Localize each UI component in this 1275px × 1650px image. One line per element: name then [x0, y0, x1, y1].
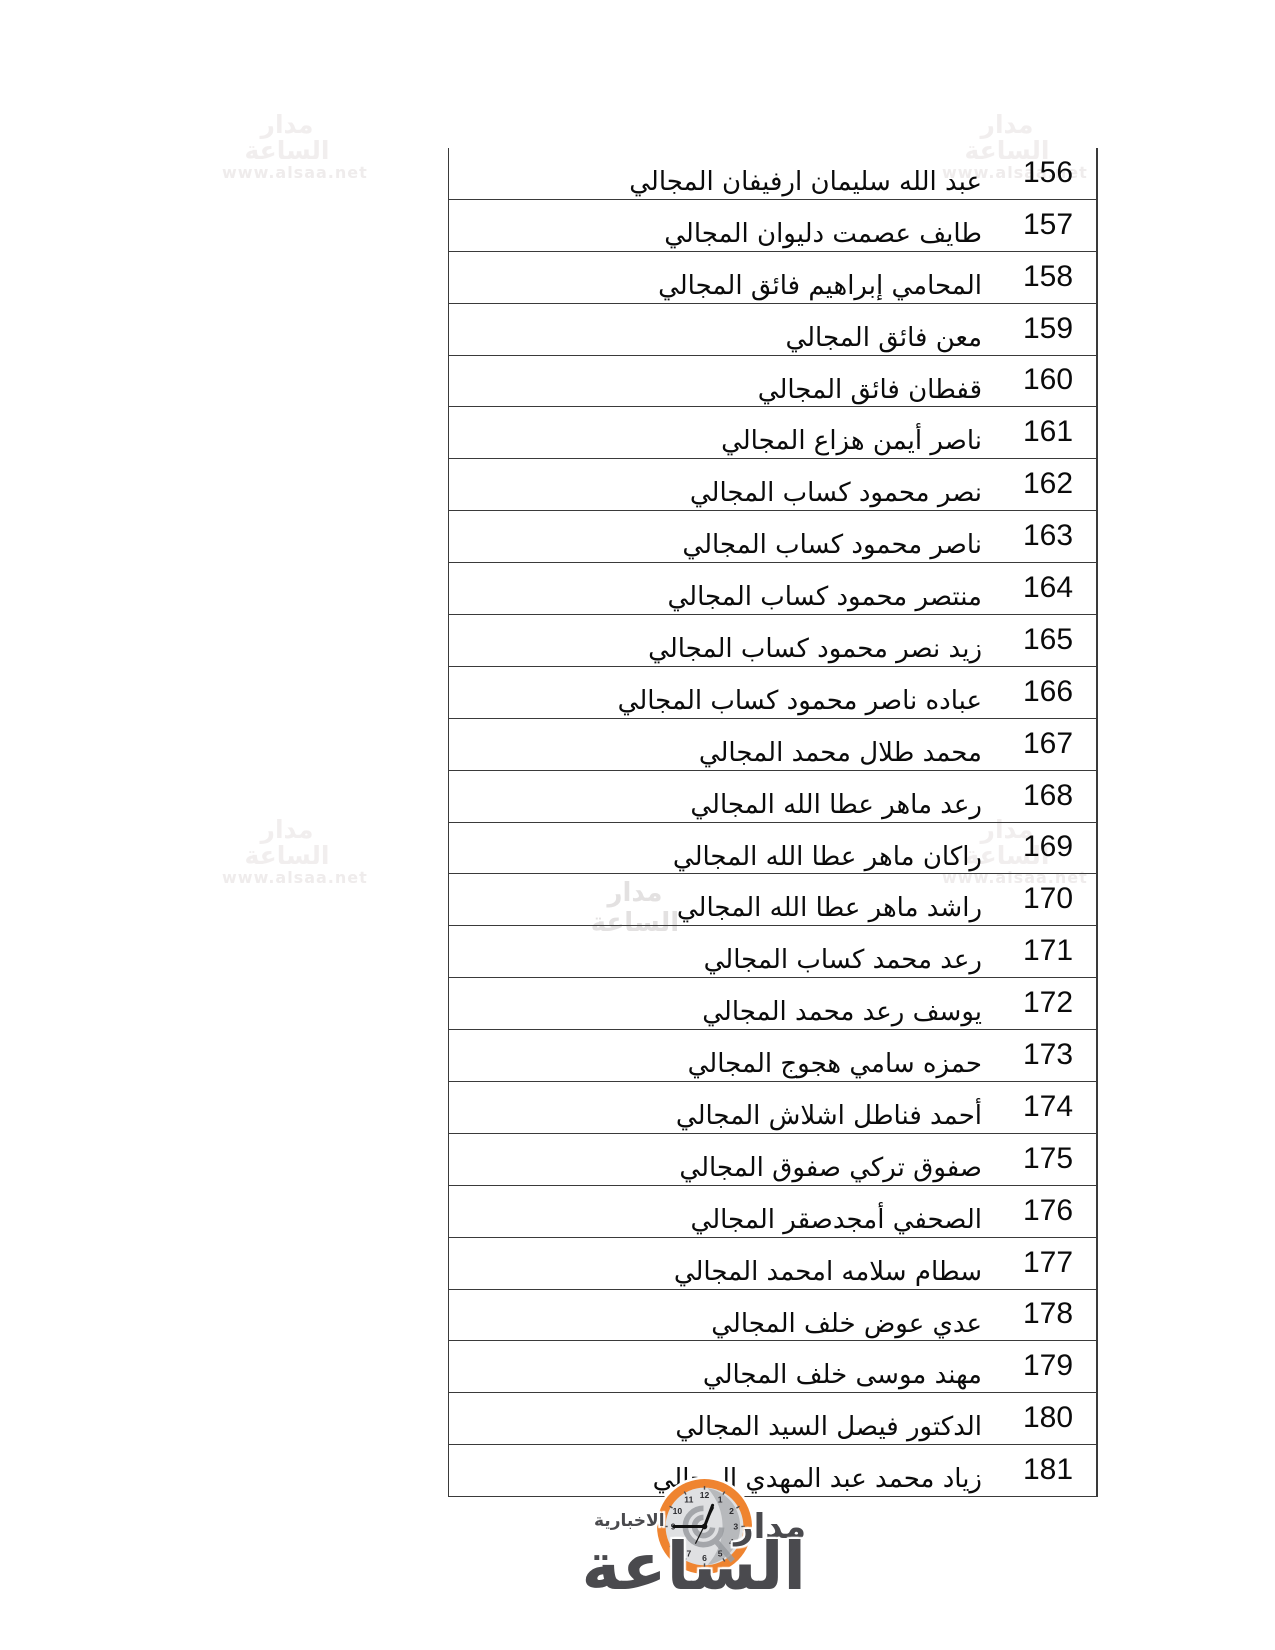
row-number-cell: 158 — [1000, 252, 1097, 303]
row-name-cell: رعد محمد كساب المجالي — [449, 926, 1000, 977]
row-name-cell: قفطان فائق المجالي — [449, 356, 1000, 407]
table-row: 161 ناصر أيمن هزاع المجالي — [449, 407, 1097, 459]
row-name-cell: نصر محمود كساب المجالي — [449, 459, 1000, 510]
watermark-brand-text: مدار الساعة — [222, 817, 352, 870]
row-name-cell: سطام سلامه امحمد المجالي — [449, 1238, 1000, 1289]
row-number-cell: 174 — [1000, 1082, 1097, 1133]
row-name-cell: عبد الله سليمان ارفيفان المجالي — [449, 148, 1000, 199]
table-row: 166 عباده ناصر محمود كساب المجالي — [449, 667, 1097, 719]
logo-tagline: الاخبارية — [594, 1513, 665, 1530]
row-name-cell: مهند موسى خلف المجالي — [449, 1341, 1000, 1392]
table-row: 160 قفطان فائق المجالي — [449, 356, 1097, 408]
row-number-cell: 179 — [1000, 1341, 1097, 1392]
watermark-top-left: مدار الساعة www.alsaa.net — [222, 112, 352, 181]
row-name-cell: صفوق تركي صفوق المجالي — [449, 1134, 1000, 1185]
row-name-cell: يوسف رعد محمد المجالي — [449, 978, 1000, 1029]
table-row: 162 نصر محمود كساب المجالي — [449, 459, 1097, 511]
row-name-cell: حمزه سامي هجوج المجالي — [449, 1030, 1000, 1081]
table-row: 174 أحمد فناطل اشلاش المجالي — [449, 1082, 1097, 1134]
roster-table: 156 عبد الله سليمان ارفيفان المجالي 157 … — [448, 148, 1098, 1497]
watermark-url-text: www.alsaa.net — [222, 870, 352, 887]
table-row: 172 يوسف رعد محمد المجالي — [449, 978, 1097, 1030]
table-row: 179 مهند موسى خلف المجالي — [449, 1341, 1097, 1393]
row-number-cell: 164 — [1000, 563, 1097, 614]
watermark-url-text: www.alsaa.net — [222, 165, 352, 182]
row-number-cell: 180 — [1000, 1393, 1097, 1444]
table-row: 157 طايف عصمت دليوان المجالي — [449, 200, 1097, 252]
row-number-cell: 177 — [1000, 1238, 1097, 1289]
row-name-cell: ناصر أيمن هزاع المجالي — [449, 407, 1000, 458]
row-name-cell: محمد طلال محمد المجالي — [449, 719, 1000, 770]
row-name-cell: ناصر محمود كساب المجالي — [449, 511, 1000, 562]
row-number-cell: 178 — [1000, 1290, 1097, 1341]
row-name-cell: منتصر محمود كساب المجالي — [449, 563, 1000, 614]
svg-text:10: 10 — [673, 1506, 683, 1516]
row-name-cell: زيد نصر محمود كساب المجالي — [449, 615, 1000, 666]
row-number-cell: 156 — [1000, 148, 1097, 199]
row-number-cell: 165 — [1000, 615, 1097, 666]
row-number-cell: 176 — [1000, 1186, 1097, 1237]
table-row: 170 راشد ماهر عطا الله المجالي — [449, 874, 1097, 926]
table-row: 176 الصحفي أمجدصقر المجالي — [449, 1186, 1097, 1238]
svg-text:12: 12 — [700, 1490, 710, 1500]
row-name-cell: الصحفي أمجدصقر المجالي — [449, 1186, 1000, 1237]
table-row: 175 صفوق تركي صفوق المجالي — [449, 1134, 1097, 1186]
table-row: 178 عدي عوض خلف المجالي — [449, 1290, 1097, 1342]
table-row: 156 عبد الله سليمان ارفيفان المجالي — [449, 148, 1097, 200]
watermark-mid-left: مدار الساعة www.alsaa.net — [222, 817, 352, 886]
table-row: 168 رعد ماهر عطا الله المجالي — [449, 771, 1097, 823]
row-number-cell: 181 — [1000, 1445, 1097, 1496]
row-number-cell: 168 — [1000, 771, 1097, 822]
site-logo: 121234567891011 مدار الساعة الاخبارية — [558, 1466, 824, 1606]
table-row: 177 سطام سلامه امحمد المجالي — [449, 1238, 1097, 1290]
row-name-cell: راشد ماهر عطا الله المجالي — [449, 874, 1000, 925]
svg-text:1: 1 — [718, 1494, 723, 1504]
row-name-cell: معن فائق المجالي — [449, 304, 1000, 355]
row-name-cell: عباده ناصر محمود كساب المجالي — [449, 667, 1000, 718]
logo-word-alsaa: الساعة — [582, 1534, 806, 1600]
row-number-cell: 169 — [1000, 823, 1097, 874]
row-name-cell: عدي عوض خلف المجالي — [449, 1290, 1000, 1341]
row-name-cell: راكان ماهر عطا الله المجالي — [449, 823, 1000, 874]
row-number-cell: 159 — [1000, 304, 1097, 355]
row-name-cell: أحمد فناطل اشلاش المجالي — [449, 1082, 1000, 1133]
table-row: 159 معن فائق المجالي — [449, 304, 1097, 356]
table-row: 169 راكان ماهر عطا الله المجالي — [449, 823, 1097, 875]
table-row: 165 زيد نصر محمود كساب المجالي — [449, 615, 1097, 667]
row-number-cell: 170 — [1000, 874, 1097, 925]
svg-text:11: 11 — [684, 1494, 693, 1504]
row-number-cell: 162 — [1000, 459, 1097, 510]
row-name-cell: طايف عصمت دليوان المجالي — [449, 200, 1000, 251]
table-row: 167 محمد طلال محمد المجالي — [449, 719, 1097, 771]
document-page: مدار الساعة www.alsaa.net مدار الساعة ww… — [0, 0, 1275, 1650]
table-row: 173 حمزه سامي هجوج المجالي — [449, 1030, 1097, 1082]
row-number-cell: 163 — [1000, 511, 1097, 562]
row-number-cell: 172 — [1000, 978, 1097, 1029]
table-row: 164 منتصر محمود كساب المجالي — [449, 563, 1097, 615]
row-name-cell: الدكتور فيصل السيد المجالي — [449, 1393, 1000, 1444]
table-row: 158 المحامي إبراهيم فائق المجالي — [449, 252, 1097, 304]
table-row: 171 رعد محمد كساب المجالي — [449, 926, 1097, 978]
table-row: 163 ناصر محمود كساب المجالي — [449, 511, 1097, 563]
row-number-cell: 167 — [1000, 719, 1097, 770]
row-number-cell: 160 — [1000, 356, 1097, 407]
row-number-cell: 166 — [1000, 667, 1097, 718]
row-name-cell: رعد ماهر عطا الله المجالي — [449, 771, 1000, 822]
watermark-brand-text: مدار الساعة — [222, 112, 352, 165]
table-row: 180 الدكتور فيصل السيد المجالي — [449, 1393, 1097, 1445]
row-number-cell: 175 — [1000, 1134, 1097, 1185]
row-number-cell: 161 — [1000, 407, 1097, 458]
row-number-cell: 171 — [1000, 926, 1097, 977]
row-number-cell: 157 — [1000, 200, 1097, 251]
row-name-cell: المحامي إبراهيم فائق المجالي — [449, 252, 1000, 303]
row-number-cell: 173 — [1000, 1030, 1097, 1081]
